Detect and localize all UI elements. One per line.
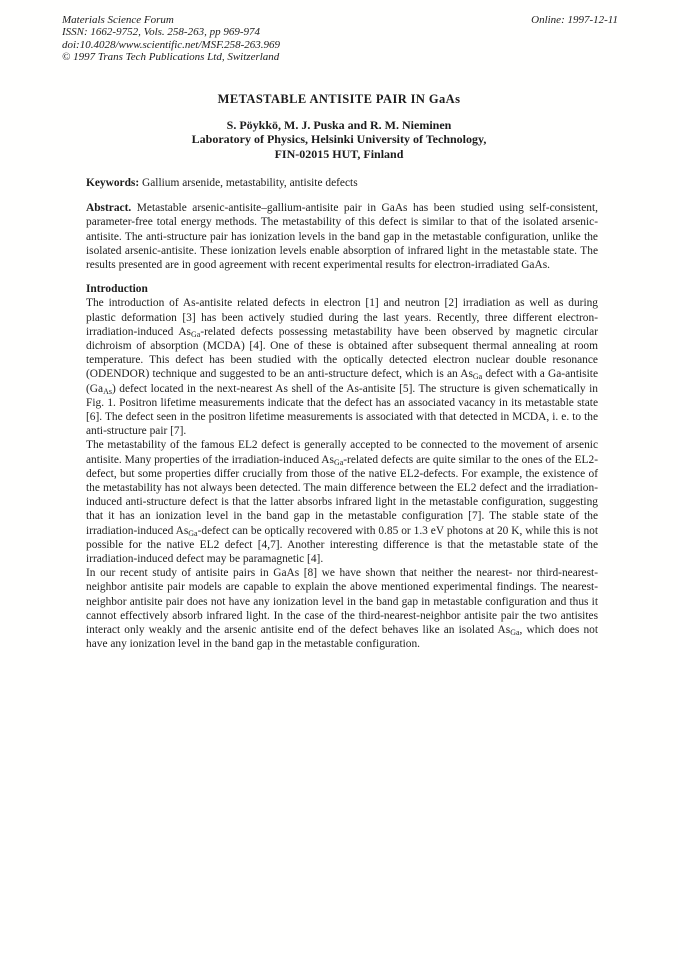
keywords-text: Gallium arsenide, metastability, antisit… — [142, 177, 358, 189]
issn-line: ISSN: 1662-9752, Vols. 258-263, pp 969-9… — [62, 26, 618, 38]
section-heading-introduction: Introduction — [86, 282, 598, 296]
doi-line: doi:10.4028/www.scientific.net/MSF.258-2… — [62, 39, 618, 51]
copyright-line: © 1997 Trans Tech Publications Ltd, Swit… — [62, 51, 618, 63]
authors-line: S. Pöykkö, M. J. Puska and R. M. Niemine… — [83, 118, 595, 132]
keywords-label: Keywords: — [86, 177, 139, 189]
paper-page: Materials Science Forum ISSN: 1662-9752,… — [0, 0, 678, 959]
authors-block: S. Pöykkö, M. J. Puska and R. M. Niemine… — [83, 118, 595, 161]
introduction-paragraph-1: The introduction of As-antisite related … — [86, 296, 598, 438]
publication-header: Materials Science Forum ISSN: 1662-9752,… — [62, 14, 618, 64]
paper-title: METASTABLE ANTISITE PAIR IN GaAs — [83, 92, 595, 107]
online-date: Online: 1997-12-11 — [531, 14, 618, 26]
paper-body: Keywords: Gallium arsenide, metastabilit… — [86, 176, 598, 652]
abstract-text: Metastable arsenic-antisite–gallium-anti… — [86, 202, 598, 271]
affiliation-line-2: FIN-02015 HUT, Finland — [83, 147, 595, 161]
affiliation-line-1: Laboratory of Physics, Helsinki Universi… — [83, 132, 595, 146]
introduction-paragraph-2: The metastability of the famous EL2 defe… — [86, 438, 598, 566]
introduction-paragraph-3: In our recent study of antisite pairs in… — [86, 566, 598, 651]
abstract-label: Abstract. — [86, 202, 131, 214]
keywords-line: Keywords: Gallium arsenide, metastabilit… — [86, 176, 598, 190]
abstract-paragraph: Abstract. Metastable arsenic-antisite–ga… — [86, 201, 598, 272]
